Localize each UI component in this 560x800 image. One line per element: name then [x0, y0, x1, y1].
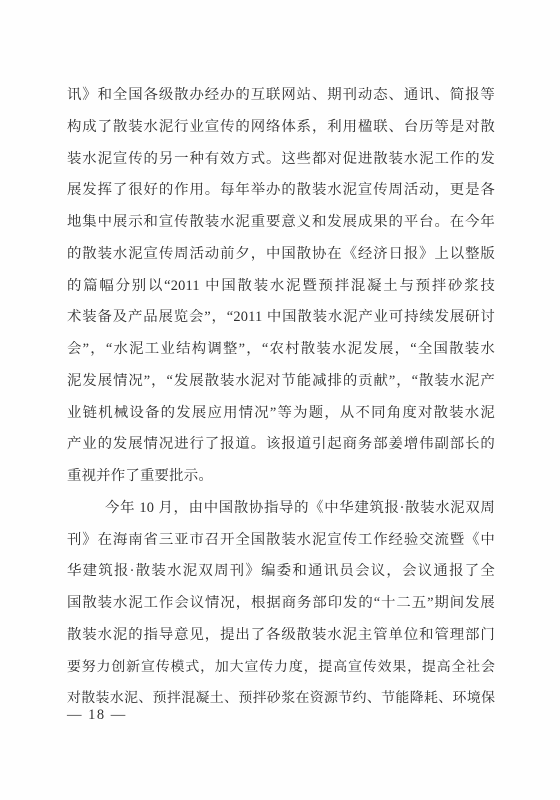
body-line: 刊》在海南省三亚市召开全国散装水泥宣传工作经验交流暨《中: [67, 525, 495, 557]
body-line: 重视并作了重要批示。: [67, 461, 495, 493]
body-line: 构成了散装水泥行业宣传的网络体系，利用楹联、台历等是对散: [67, 112, 495, 144]
body-line: 的篇幅分别以“2011 中国散装水泥暨预拌混凝土与预拌砂浆技: [67, 271, 495, 303]
body-line: 术装备及产品展览会”，“2011 中国散装水泥产业可持续发展研讨: [67, 302, 495, 334]
body-line: 今年 10 月，由中国散协指导的《中华建筑报·散装水泥双周: [67, 493, 495, 525]
body-line: 要努力创新宣传模式，加大宣传力度，提高宣传效果，提高全社会: [67, 652, 495, 684]
body-line: 讯》和全国各级散办经办的互联网站、期刊动态、通讯、简报等: [67, 80, 495, 112]
body-line: 业链机械设备的发展应用情况”等为题，从不同角度对散装水泥: [67, 398, 495, 430]
body-line: 散装水泥的指导意见，提出了各级散装水泥主管单位和管理部门: [67, 620, 495, 652]
body-line: 泥发展情况”，“发展散装水泥对节能减排的贡献”，“散装水泥产: [67, 366, 495, 398]
body-line: 地集中展示和宣传散装水泥重要意义和发展成果的平台。在今年: [67, 207, 495, 239]
body-line: 对散装水泥、预拌混凝土、预拌砂浆在资源节约、节能降耗、环境保: [67, 683, 495, 715]
body-line: 的散装水泥宣传周活动前夕，中国散协在《经济日报》上以整版: [67, 239, 495, 271]
body-line: 会”，“水泥工业结构调整”，“农村散装水泥发展，“全国散装水: [67, 334, 495, 366]
body-line: 展发挥了很好的作用。每年举办的散装水泥宣传周活动，更是各: [67, 175, 495, 207]
page-number: — 18 —: [67, 704, 127, 726]
body-line: 产业的发展情况进行了报道。该报道引起商务部姜增伟副部长的: [67, 429, 495, 461]
body-line: 装水泥宣传的另一种有效方式。这些都对促进散装水泥工作的发: [67, 144, 495, 176]
document-page: 讯》和全国各级散办经办的互联网站、期刊动态、通讯、简报等 构成了散装水泥行业宣传…: [0, 0, 560, 800]
body-line: 国散装水泥工作会议情况，根据商务部印发的“十二五”期间发展: [67, 588, 495, 620]
body-line: 华建筑报·散装水泥双周刊》编委和通讯员会议，会议通报了全: [67, 556, 495, 588]
document-body: 讯》和全国各级散办经办的互联网站、期刊动态、通讯、简报等 构成了散装水泥行业宣传…: [67, 80, 495, 715]
